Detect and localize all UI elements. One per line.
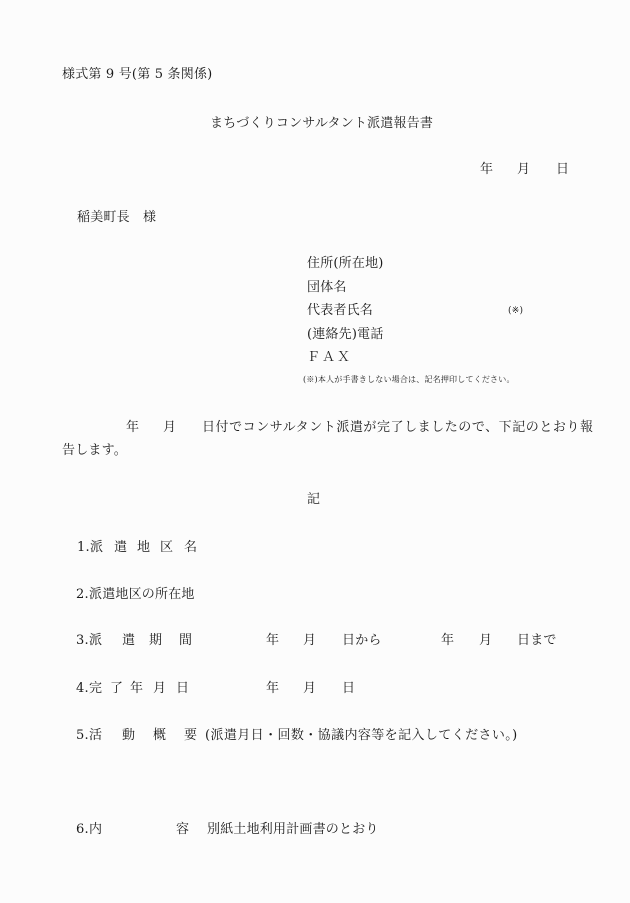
body-line1: 日付でコンサルタント派遣が完了しましたので、下記のとおり報 bbox=[202, 421, 594, 434]
addressee: 稲美町長 様 bbox=[77, 211, 156, 224]
date-month-field[interactable]: 月 bbox=[517, 163, 530, 176]
label-char: 容 bbox=[176, 823, 189, 836]
item-number: 2. bbox=[76, 588, 89, 601]
label-char: 完 bbox=[89, 682, 102, 695]
form-number: 様式第 9 号(第 5 条関係) bbox=[62, 68, 212, 81]
label-char: 期 bbox=[149, 634, 162, 647]
body-line2: 告します。 bbox=[62, 444, 127, 457]
contact-phone-label: (連絡先)電話 bbox=[307, 328, 384, 341]
completion-year[interactable]: 年 bbox=[266, 682, 279, 695]
label-char: 月 bbox=[153, 682, 166, 695]
address-label: 住所(所在地) bbox=[307, 257, 384, 270]
activity-note: (派遣月日・回数・協議内容等を記入してください。) bbox=[205, 729, 518, 742]
label-char: 遣 bbox=[122, 634, 135, 647]
document-title: まちづくりコンサルタント派遣報告書 bbox=[210, 117, 433, 130]
fax-label: ＦＡＸ bbox=[307, 351, 352, 364]
from-month[interactable]: 月 bbox=[303, 634, 316, 647]
from-year[interactable]: 年 bbox=[266, 634, 279, 647]
item-number: 4. bbox=[76, 682, 89, 695]
to-month[interactable]: 月 bbox=[479, 634, 492, 647]
content-value: 別紙土地利用計画書のとおり bbox=[207, 823, 379, 836]
label-char: 日 bbox=[176, 682, 189, 695]
label-char: 内 bbox=[89, 823, 102, 836]
from-day[interactable]: 日から bbox=[342, 634, 382, 647]
label-char: 派 bbox=[90, 541, 103, 554]
item-number: 6. bbox=[76, 823, 89, 836]
to-year[interactable]: 年 bbox=[441, 634, 454, 647]
label-char: 遣 bbox=[114, 541, 127, 554]
group-name-label: 団体名 bbox=[307, 281, 347, 294]
date-day-field[interactable]: 日 bbox=[556, 163, 569, 176]
completion-month[interactable]: 月 bbox=[303, 682, 316, 695]
completion-day[interactable]: 日 bbox=[342, 682, 355, 695]
label-char: 了 bbox=[110, 682, 123, 695]
body-year: 年 bbox=[126, 421, 139, 434]
item-number: 3. bbox=[76, 634, 89, 647]
label-char: 派 bbox=[89, 634, 102, 647]
label-char: 概 bbox=[153, 729, 166, 742]
representative-name-label: 代表者氏名 bbox=[307, 304, 373, 317]
to-day[interactable]: 日まで bbox=[517, 634, 557, 647]
label-char: 動 bbox=[122, 729, 135, 742]
item-number: 5. bbox=[76, 729, 89, 742]
date-year-field[interactable]: 年 bbox=[480, 163, 493, 176]
label-char: 年 bbox=[130, 682, 143, 695]
body-month: 月 bbox=[163, 421, 176, 434]
label-char: 間 bbox=[179, 634, 192, 647]
signature-mark: (※) bbox=[508, 307, 523, 316]
item-label: 派遣地区の所在地 bbox=[89, 588, 195, 601]
label-char: 名 bbox=[184, 541, 197, 554]
label-char: 要 bbox=[184, 729, 197, 742]
item-number: 1. bbox=[77, 541, 90, 554]
label-char: 区 bbox=[160, 541, 173, 554]
label-char: 活 bbox=[89, 729, 102, 742]
ki-heading: 記 bbox=[307, 493, 320, 506]
signature-note: (※)本人が手書きしない場合は、記名押印してください。 bbox=[303, 376, 515, 384]
label-char: 地 bbox=[137, 541, 150, 554]
